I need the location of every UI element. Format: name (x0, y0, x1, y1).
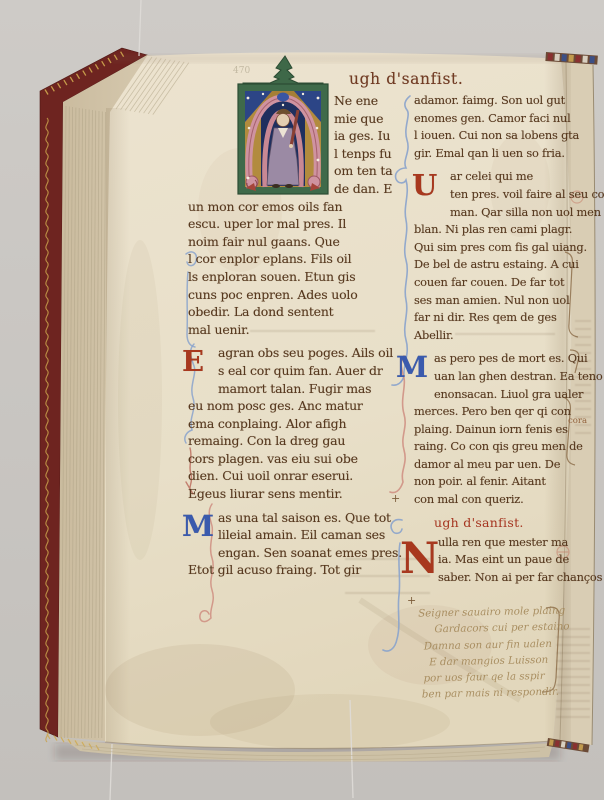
verse-line: blan. Ni plas ren cami plagr. (414, 221, 568, 239)
verse-line: couen far couen. De far tot (414, 274, 568, 292)
verse-line: obedir. La dond sentent (188, 303, 406, 321)
verse-line: engan. Sen soanat emes pres. (188, 544, 406, 562)
verse-line: eu nom posc ges. Anc matur (188, 397, 406, 415)
verse-line: noim fair nul gaans. Que (188, 233, 406, 251)
verse-line: ulla ren que mester ma (414, 534, 568, 552)
verse-line: cors plagen. vas eiu sui obe (188, 450, 406, 468)
verse-line: Egeus liurar sens mentir. (188, 485, 406, 503)
verse-line: cuns poc enpren. Ades uolo (188, 286, 406, 304)
verse-line: escu. uper lor mal pres. Il (188, 215, 406, 233)
stanza: Mas una tal saison es. Que totlileial am… (188, 509, 406, 579)
initial-letter-U: U (412, 168, 450, 204)
verse-line: plaing. Dainun iorn fenis es (414, 421, 568, 439)
verse-line: Abellir. (414, 327, 568, 345)
verse-line: damor al meu par uen. De (414, 456, 568, 474)
initial-letter-N: N (400, 534, 438, 586)
verse-line: con mal con queriz. (414, 491, 568, 509)
folio-number: 470 (233, 66, 250, 76)
verse-line: dien. Cui uoil onrar eserui. (188, 467, 406, 485)
stanza: Mas pero pes de mort es. Quiuan lan ghen… (414, 350, 568, 508)
gutter-cross-mark: + (407, 594, 416, 607)
verse-line: remaing. Con la dreg gau (188, 432, 406, 450)
verse-line: mal uenir. (188, 321, 406, 339)
verse-line: ls enploran souen. Etun gis (188, 268, 406, 286)
verse-line: uan lan ghen destran. Ea teno (414, 368, 568, 386)
verse-line: ses man amien. Nul non uol (414, 292, 568, 310)
verse-line: agran obs seu poges. Ails oil (188, 344, 406, 362)
margin-note-line: ben par mais ni respondir. (420, 684, 572, 703)
verse-line: l cor enplor eplans. Fils oil (188, 250, 406, 268)
gutter-cross-mark: + (391, 492, 400, 505)
illuminated-initial-spacer (188, 92, 334, 196)
initial-letter-M: M (396, 350, 434, 386)
verse-line: man. Qar silla non uol men (414, 204, 568, 222)
verse-line: l iouen. Cui non sa lobens gta (414, 127, 568, 145)
margin-note: Seigner sauairo mole plaingGardacors cui… (418, 602, 572, 703)
verse-line: enonsacan. Liuol gra ualer (414, 386, 568, 404)
text-column-2: adamor. faimg. Son uol gutenomes gen. Ca… (414, 92, 568, 592)
manuscript-photo: 470 ugh d'sanfist. Ne enemie queia ges. … (0, 0, 604, 800)
verse-line: merces. Pero ben qer qi con (414, 403, 568, 421)
verse-line: ema conplaing. Alor afigh (188, 415, 406, 433)
stanza: Eagran obs seu poges. Ails oils eal cor … (188, 344, 406, 502)
verse-line: saber. Non ai per far chanços (414, 569, 568, 587)
verse-line: gir. Emal qan li uen so fria. (414, 145, 568, 163)
margin-label: cora (568, 416, 587, 426)
verse-line: enomes gen. Camor faci nul (414, 110, 568, 128)
initial-letter-E: E (182, 344, 218, 380)
verse-line: Etot gil acuso fraing. Tot gir (188, 561, 406, 579)
text-column-1: Ne enemie queia ges. Iul tenps fuom ten … (188, 92, 406, 585)
stanza: Uar celei qui meten pres. voil faire al … (414, 168, 568, 344)
initial-letter-M: M (182, 509, 218, 545)
verse-line: far ni dir. Res qem de ges (414, 309, 568, 327)
verse-line: as una tal saison es. Que tot (188, 509, 406, 527)
stanza: Nulla ren que mester maia. Mas eint un p… (414, 534, 568, 587)
verse-line: adamor. faimg. Son uol gut (414, 92, 568, 110)
verse-line: raing. Co con qis greu men de (414, 438, 568, 456)
stanza: Ne enemie queia ges. Iul tenps fuom ten … (188, 92, 406, 338)
verse-line: lileial amain. Eil caman ses (188, 526, 406, 544)
page-heading: ugh d'sanfist. (349, 70, 463, 88)
verse-line: as pero pes de mort es. Qui (414, 350, 568, 368)
verse-line: s eal cor quim fan. Auer dr (188, 362, 406, 380)
verse-line: mamort talan. Fugir mas (188, 380, 406, 398)
verse-line: Qui sim pres com fis gal uiang. (414, 239, 568, 257)
verse-line: ia. Mas eint un paue de (414, 551, 568, 569)
rubric-heading: ugh d'sanfist. (434, 515, 568, 530)
verse-line: non poir. al fenir. Aitant (414, 473, 568, 491)
stanza: adamor. faimg. Son uol gutenomes gen. Ca… (414, 92, 568, 162)
verse-line: De bel de astru estaing. A cui (414, 256, 568, 274)
verse-line: un mon cor emos oils fan (188, 198, 406, 216)
